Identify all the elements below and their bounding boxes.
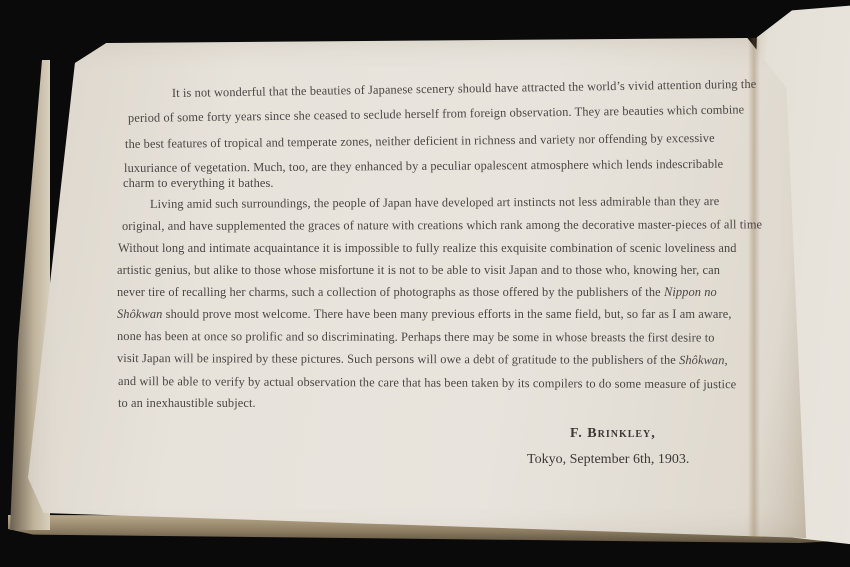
- text-line: Without long and intimate acquaintance i…: [118, 241, 737, 256]
- dateline: Tokyo, September 6th, 1903.: [527, 452, 689, 468]
- text-span: never tire of recalling her charms, such…: [117, 285, 661, 299]
- text-line: Living amid such surroundings, the peopl…: [150, 194, 719, 212]
- shokwan-title: Shôkwan: [117, 307, 162, 321]
- text-line: never tire of recalling her charms, such…: [117, 285, 717, 300]
- text-span: should prove most welcome. There have be…: [166, 307, 732, 321]
- shokwan-title: Shôkwan,: [679, 353, 728, 367]
- nippon-no-title: Nippon no: [664, 285, 717, 299]
- signature: F. Brinkley,: [570, 426, 656, 442]
- text-line: to an inexhaustible subject.: [118, 396, 256, 411]
- text-line: Shôkwan should prove most welcome. There…: [117, 307, 732, 322]
- text-line: charm to everything it bathes.: [123, 176, 274, 191]
- text-line: original, and have supplemented the grac…: [122, 217, 762, 234]
- book-gutter: [748, 38, 760, 538]
- text-line: artistic genius, but alike to those whos…: [117, 263, 720, 278]
- text-line: none has been at once so prolific and so…: [117, 329, 715, 346]
- text-span: visit Japan will be inspired by these pi…: [117, 351, 676, 367]
- text-line: visit Japan will be inspired by these pi…: [117, 351, 728, 368]
